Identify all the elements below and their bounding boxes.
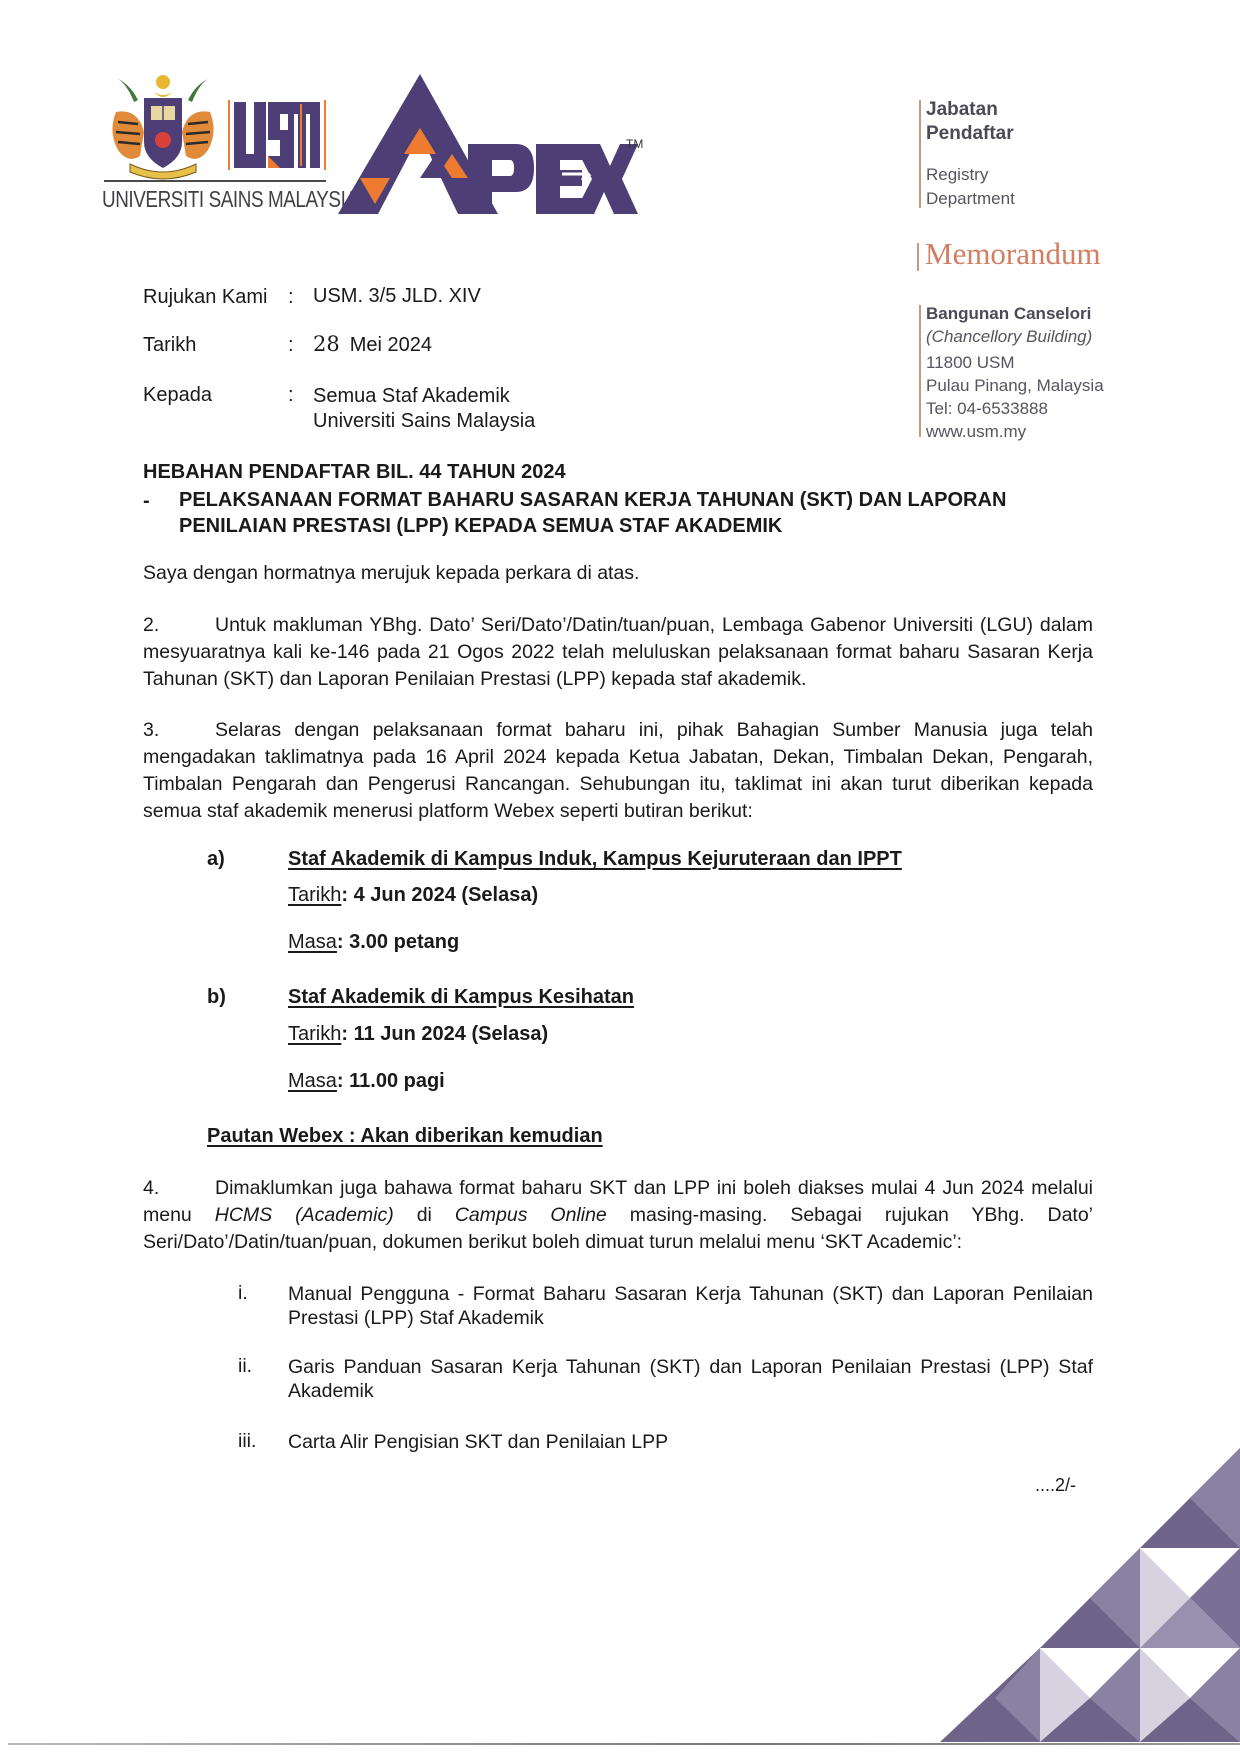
session-a-time-value: : 3.00 petang (337, 931, 459, 953)
paragraph-4-campus-online: Campus Online (455, 1204, 607, 1226)
webex-link-notice: Pautan Webex : Akan diberikan kemudian (207, 1125, 603, 1148)
session-b-date-value: : 11 Jun 2024 (Selasa) (341, 1023, 548, 1045)
paragraph-4-number: 4. (143, 1175, 215, 1202)
department-en-line1: Registry (926, 163, 1015, 187)
subject-title: PELAKSANAAN FORMAT BAHARU SASARAN KERJA … (179, 487, 1094, 539)
date-colon: : (288, 334, 294, 357)
apex-logo (338, 74, 638, 214)
session-a-letter: a) (207, 848, 225, 871)
department-ms-line1: Jabatan (926, 98, 1014, 122)
paragraph-2-number: 2. (143, 612, 215, 639)
department-name-malay: Jabatan Pendaftar (926, 98, 1014, 146)
university-name: UNIVERSITI SAINS MALAYSIA (102, 186, 358, 213)
session-b-time-value: : 11.00 pagi (337, 1070, 445, 1092)
paragraph-3-text: Selaras dengan pelaksanaan format baharu… (143, 719, 1093, 822)
logo-divider (104, 180, 326, 182)
decorative-triangle-pattern (940, 1448, 1240, 1742)
date-month-year: Mei 2024 (350, 334, 432, 356)
reference-colon: : (288, 286, 294, 309)
usm-wordmark-logo (226, 98, 328, 172)
session-a-title: Staf Akademik di Kampus Induk, Kampus Ke… (288, 848, 902, 871)
address-building-en: (Chancellory Building) (926, 325, 1104, 348)
paragraph-3-number: 3. (143, 717, 215, 744)
document-2-title: Garis Panduan Sasaran Kerja Tahunan (SKT… (288, 1355, 1093, 1403)
session-a-time: Masa: 3.00 petang (288, 931, 459, 954)
address-building-ms: Bangunan Canselori (926, 302, 1104, 325)
paragraph-3: 3.Selaras dengan pelaksanaan format baha… (143, 717, 1093, 825)
usm-crest-logo (104, 72, 222, 182)
session-b-time-label: Masa (288, 1070, 337, 1092)
session-b-title: Staf Akademik di Kampus Kesihatan (288, 986, 634, 1009)
session-b-letter: b) (207, 986, 226, 1009)
subject-dash: - (143, 490, 150, 513)
session-b-time: Masa: 11.00 pagi (288, 1070, 445, 1093)
recipient-colon: : (288, 384, 294, 407)
date-label: Tarikh (143, 334, 196, 357)
circular-number: HEBAHAN PENDAFTAR BIL. 44 TAHUN 2024 (143, 459, 1093, 486)
recipient-line2: Universiti Sains Malaysia (313, 409, 535, 434)
memo-accent-bar (917, 243, 919, 271)
address-state: Pulau Pinang, Malaysia (926, 374, 1104, 397)
paragraph-4-hcms: HCMS (Academic) (215, 1204, 394, 1226)
date-day-handwritten: 28 (313, 332, 340, 356)
address-accent-bar (919, 305, 921, 437)
department-name-english: Registry Department (926, 163, 1015, 211)
address-block: Bangunan Canselori (Chancellory Building… (926, 302, 1104, 443)
reference-value: USM. 3/5 JLD. XIV (313, 284, 481, 309)
date-value: 28Mei 2024 (313, 332, 432, 358)
document-1-title: Manual Pengguna - Format Baharu Sasaran … (288, 1282, 1093, 1330)
session-b-date: Tarikh: 11 Jun 2024 (Selasa) (288, 1023, 548, 1046)
recipient-value: Semua Staf Akademik Universiti Sains Mal… (313, 384, 535, 434)
address-postcode: 11800 USM (926, 351, 1104, 374)
department-en-line2: Department (926, 187, 1015, 211)
session-a-time-label: Masa (288, 931, 337, 953)
document-type: Memorandum (925, 236, 1101, 272)
reference-label: Rujukan Kami (143, 286, 268, 309)
accent-bar (919, 100, 921, 208)
bottom-border-line (8, 1743, 1240, 1745)
session-a-date-value: : 4 Jun 2024 (Selasa) (341, 884, 538, 906)
recipient-label: Kepada (143, 384, 212, 407)
session-a-date: Tarikh: 4 Jun 2024 (Selasa) (288, 884, 538, 907)
recipient-line1: Semua Staf Akademik (313, 384, 535, 409)
address-tel: Tel: 04-6533888 (926, 397, 1104, 420)
paragraph-2: 2.Untuk makluman YBhg. Dato’ Seri/Dato’/… (143, 612, 1093, 693)
document-2-number: ii. (238, 1355, 252, 1378)
trademark-mark: TM (626, 137, 643, 151)
department-ms-line2: Pendaftar (926, 122, 1014, 146)
session-a-date-label: Tarikh (288, 884, 341, 906)
paragraph-4-text-2: di (394, 1204, 455, 1226)
address-website[interactable]: www.usm.my (926, 420, 1104, 443)
paragraph-4: 4.Dimaklumkan juga bahawa format baharu … (143, 1175, 1093, 1256)
document-1-number: i. (238, 1282, 248, 1305)
paragraph-2-text: Untuk makluman YBhg. Dato’ Seri/Dato’/Da… (143, 614, 1093, 690)
opening-sentence: Saya dengan hormatnya merujuk kepada per… (143, 560, 1093, 587)
document-3-number: iii. (238, 1430, 256, 1453)
session-b-date-label: Tarikh (288, 1023, 341, 1045)
